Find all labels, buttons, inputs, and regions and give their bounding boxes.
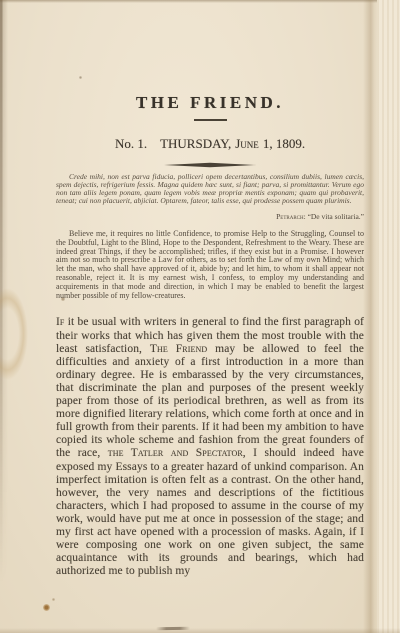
ink-smudge xyxy=(156,627,190,631)
foxing-spot xyxy=(52,598,55,601)
issue-number: No. 1. xyxy=(115,136,147,151)
attribution-author: Petrarch: xyxy=(276,212,306,221)
foxing-spot xyxy=(43,604,50,611)
page-edge-bottom xyxy=(0,628,400,633)
scanned-page: THE FRIEND. No. 1.THURSDAY,June1, 1809. … xyxy=(0,0,400,633)
epigraph-latin: Crede mihi, non est parva fiducia, polli… xyxy=(56,173,364,205)
foxing-spot xyxy=(79,76,82,79)
swelled-rule xyxy=(164,162,256,168)
body-text-run: may be allowed to feel the difficulties … xyxy=(56,343,364,460)
page-title: THE FRIEND. xyxy=(56,94,364,111)
page-edge-top xyxy=(0,0,400,3)
small-caps-phrase: The Friend xyxy=(150,343,207,355)
epigraph-translation: Believe me, it requires no little Confid… xyxy=(56,230,364,300)
paper-stain xyxy=(0,288,28,380)
attribution-work: “De vita solitaria.” xyxy=(308,212,364,221)
date-day: THURSDAY, xyxy=(160,136,231,151)
small-caps-phrase: the Tatler and Spectator xyxy=(108,447,243,459)
date-month: June xyxy=(235,136,259,151)
page-crease-right xyxy=(363,0,377,633)
page-edge-strip-right xyxy=(377,0,400,633)
text-column: THE FRIEND. No. 1.THURSDAY,June1, 1809. … xyxy=(56,94,364,590)
date-year: 1, 1809. xyxy=(263,136,305,151)
body-text-run: , I should indeed have exposed my Essays… xyxy=(56,447,364,577)
title-rule xyxy=(194,119,227,121)
issue-dateline: No. 1.THURSDAY,June1, 1809. xyxy=(56,136,364,152)
epigraph-attribution: Petrarch: “De vita solitaria.” xyxy=(56,212,364,221)
body-paragraph: If it be usual with writers in general t… xyxy=(56,316,364,578)
